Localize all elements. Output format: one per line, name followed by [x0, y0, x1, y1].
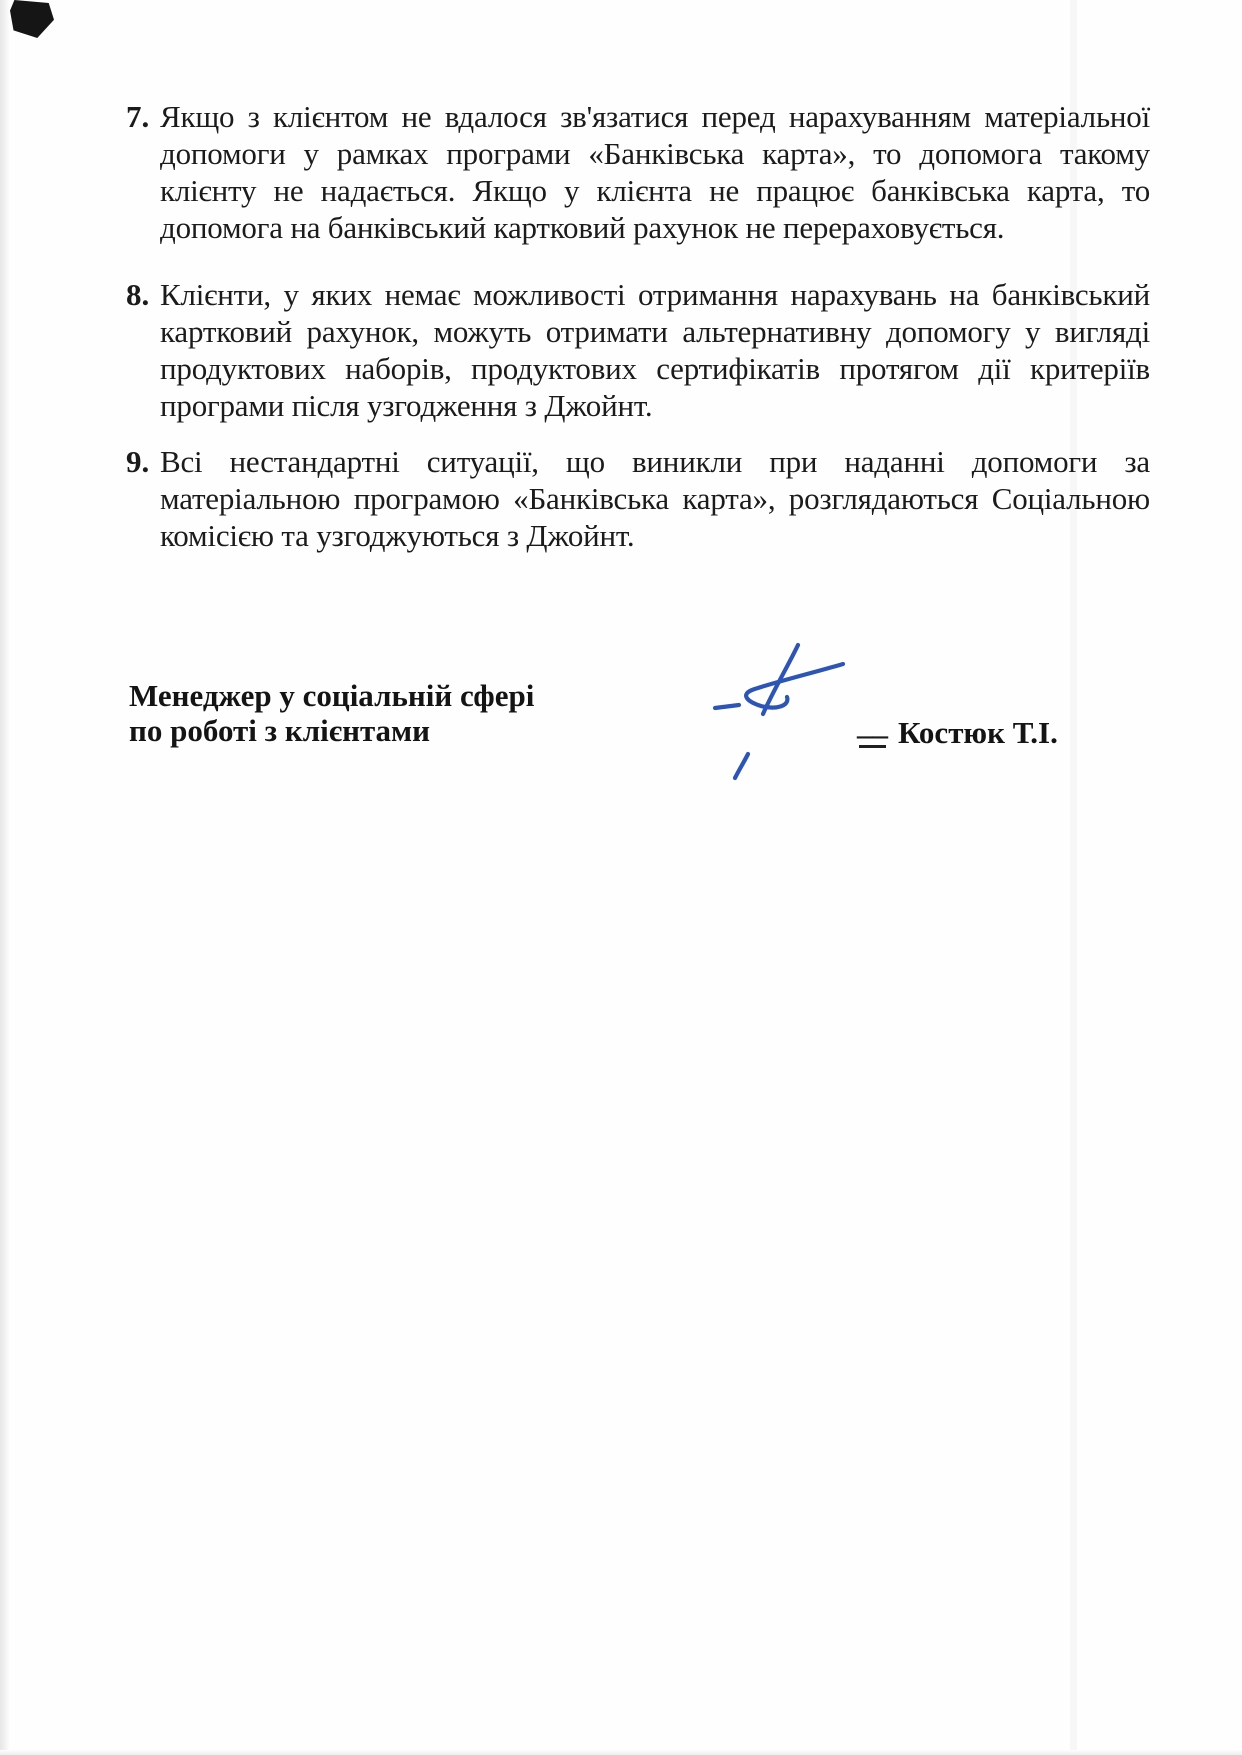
text-line: клієнту не надається. Якщо у клієнта не …: [160, 172, 1150, 209]
text-line: Клієнти, у яких немає можливості отриман…: [160, 276, 1150, 313]
list-item-8: 8. Клієнти, у яких немає можливості отри…: [160, 276, 1150, 424]
list-item-7: 7. Якщо з клієнтом не вдалося зв'язатися…: [160, 98, 1150, 246]
scan-bottom-shadow: [0, 1750, 1242, 1755]
list-number-8: 8.: [126, 276, 149, 313]
scan-streak: [1070, 0, 1077, 1755]
text-line: картковий рахунок, можуть отримати альте…: [160, 313, 1150, 350]
signature-underscore-line: [859, 745, 886, 748]
signer-role-line2: по роботі з клієнтами: [129, 713, 534, 748]
text-line: програми після узгодження з Джойнт.: [160, 387, 1150, 424]
signer-role: Менеджер у соціальній сфері по роботі з …: [129, 678, 534, 748]
scan-corner-artifact: [10, 0, 54, 38]
signer-name: Костюк Т.І.: [898, 714, 1058, 751]
document-page: 7. Якщо з клієнтом не вдалося зв'язатися…: [0, 0, 1242, 1755]
text-line: Всі нестандартні ситуації, що виникли пр…: [160, 443, 1150, 480]
signature-underscore: __: [857, 706, 888, 742]
list-item-9: 9. Всі нестандартні ситуації, що виникли…: [160, 443, 1150, 554]
text-line: матеріальною програмою «Банківська карта…: [160, 480, 1150, 517]
signer-role-line1: Менеджер у соціальній сфері: [129, 678, 534, 713]
scan-edge-shadow: [0, 0, 9, 1755]
list-number-9: 9.: [126, 443, 149, 480]
text-line: продуктових наборів, продуктових сертифі…: [160, 350, 1150, 387]
text-line: Якщо з клієнтом не вдалося зв'язатися пе…: [160, 98, 1150, 135]
text-line: допомоги у рамках програми «Банківська к…: [160, 135, 1150, 172]
text-line: допомога на банківський картковий рахуно…: [160, 209, 1150, 246]
list-number-7: 7.: [126, 98, 149, 135]
text-line: комісією та узгоджуються з Джойнт.: [160, 517, 1150, 554]
